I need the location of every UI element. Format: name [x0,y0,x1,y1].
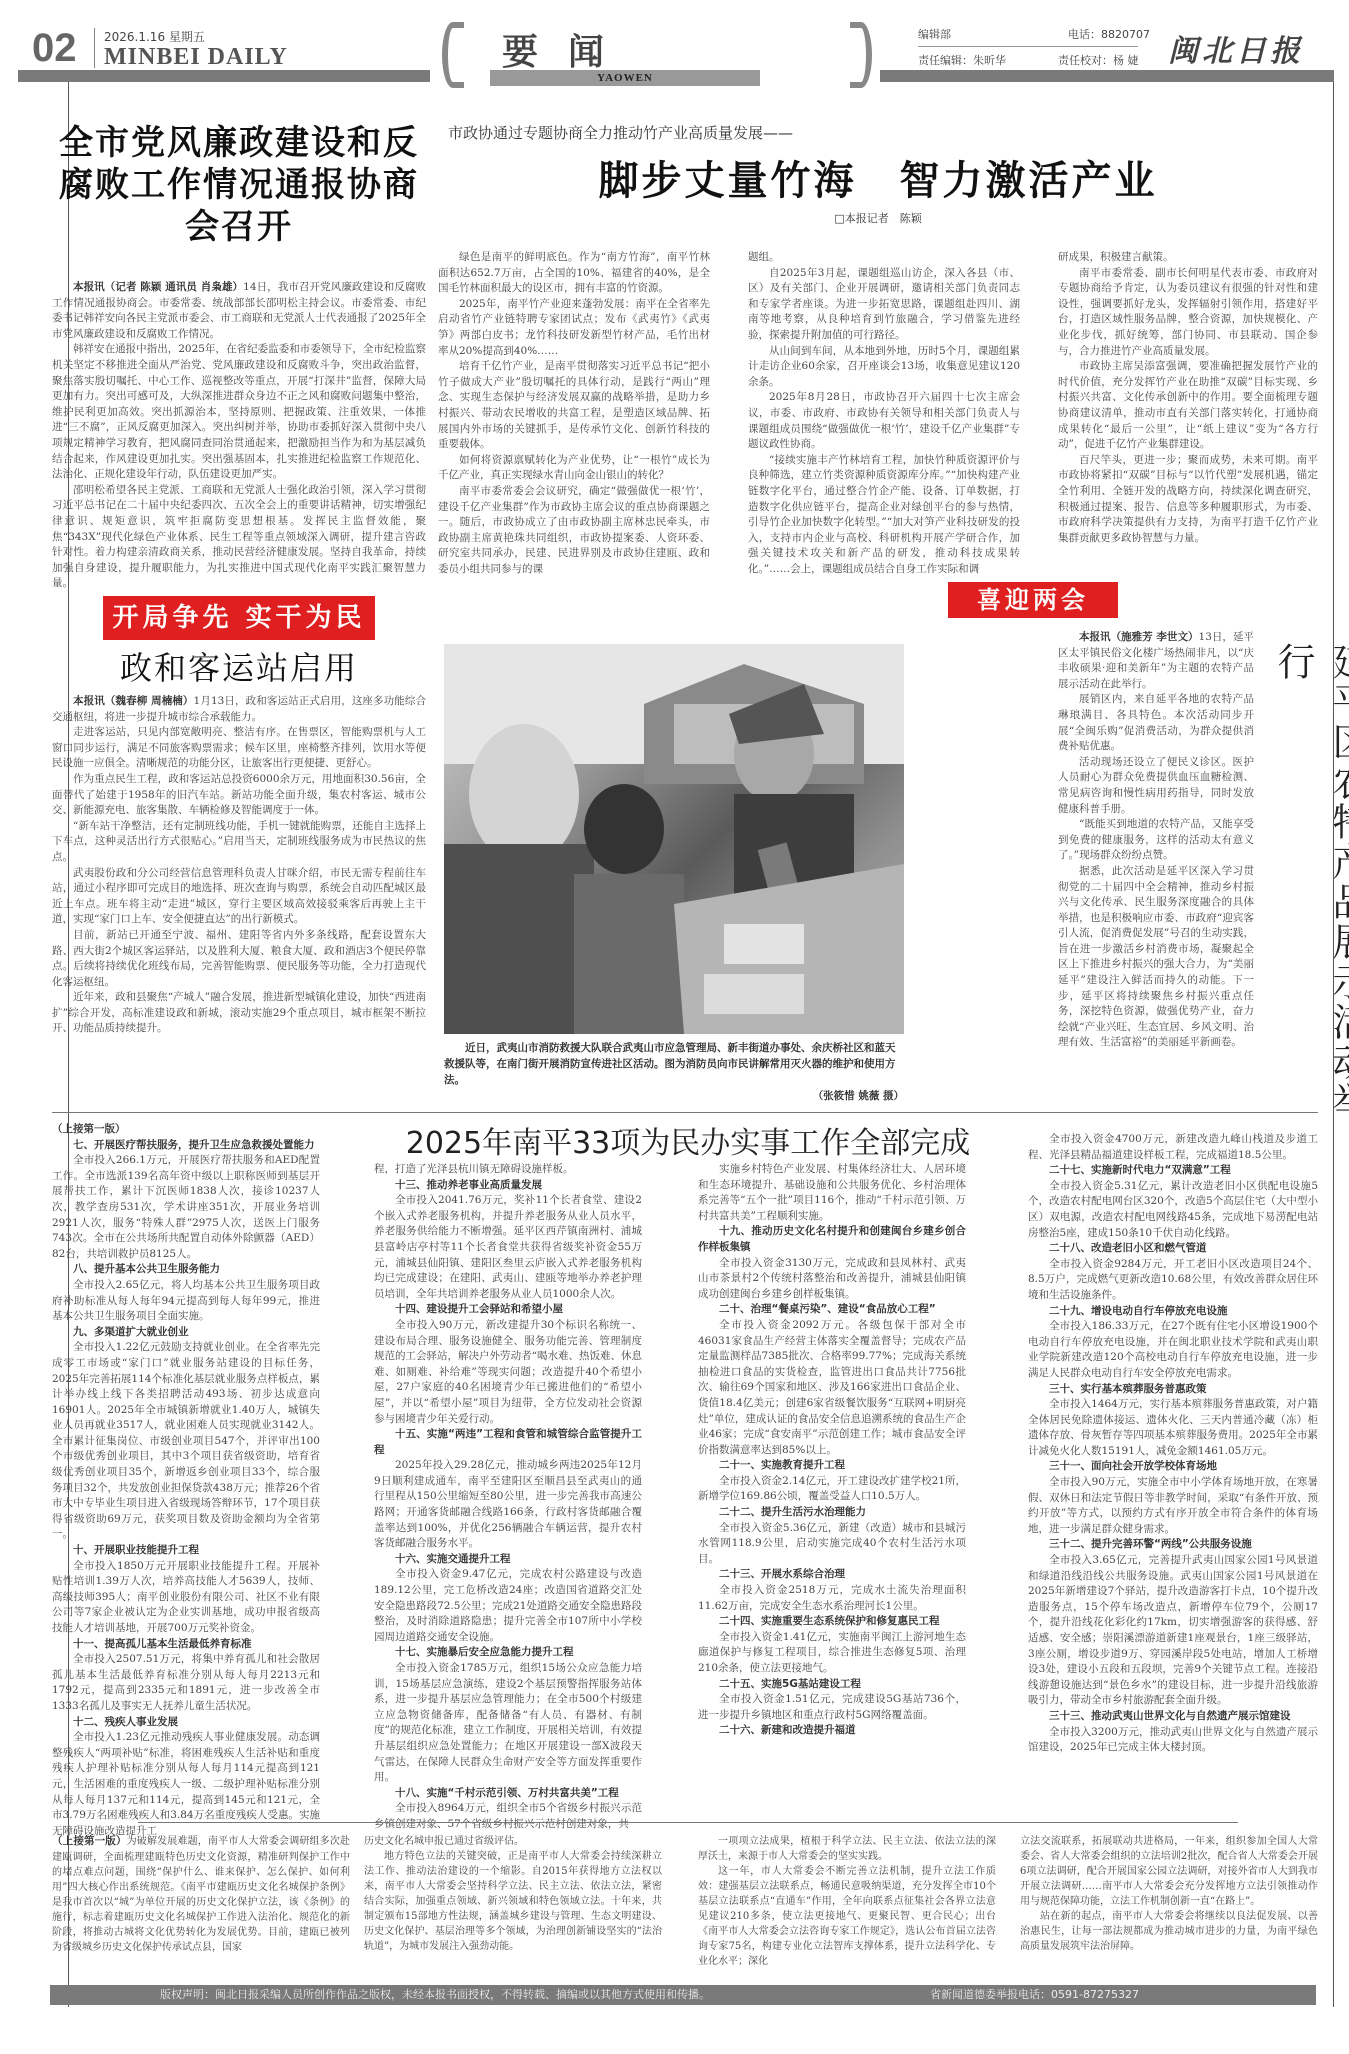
headline-33-projects: 2025年南平33项为民办实事工作全部完成 [318,1118,1058,1162]
section-title-en: YAOWEN [490,70,760,86]
legislation-col-1: （上接第一版）为破解发展难题，南平市人大常委会调研组多次赴建瓯调研，全面梳理建瓯… [52,1834,350,1955]
headline: 全市党风廉政建设和反腐败工作情况通报协商会召开 [52,122,426,248]
photo-credit: （张筱惜 姚薇 摄） [444,1088,904,1104]
bracket-right-icon [850,22,872,88]
masthead: MINBEI DAILY [104,44,288,71]
header-rule [918,46,1138,47]
headline-vertical: 延平区农特产品展示活动举行 [1266,642,1349,1122]
photo-illustration-icon [444,644,904,1034]
article-bus-station: 开局争先 实干为民 政和客运站启用 本报讯（魏春柳 周楠楠）1月13日，政和客运… [52,596,426,1037]
byline: □本报记者 陈颖 [438,210,1318,226]
phone: 电话：8820707 [1068,26,1150,42]
newspaper-logo: 闽北日报 [1168,26,1304,70]
header-divider [94,28,95,68]
byline: 本报讯（施雅芳 李世文） [1079,631,1199,643]
section-title: 要闻 [502,24,634,75]
report-hotline: 省新闻道德委举报电话：0591-87275327 [930,1985,1139,2005]
legislation-col-4: 立法交流联系，拓展联动共进格局，一年来，组织参加全国人大常委会、省人大常委会组织… [1020,1834,1318,1954]
header-bar-left [18,70,430,82]
headline: 政和客运站启用 [52,646,426,690]
divider-line [138,1822,1238,1823]
photo-fire-safety [444,644,904,1034]
editor: 责任编辑：朱昕华 [918,52,1006,68]
article-agri-products: 本报讯（施雅芳 李世文）13日，延平区太平镇民俗文化楼广场热闹非凡，以“庆丰收硕… [1058,630,1254,1051]
headline: 脚步丈量竹海 智力激活产业 [438,149,1318,206]
article-bamboo: 市政协通过专题协商全力推动竹产业高质量发展—— 脚步丈量竹海 智力激活产业 □本… [438,122,1318,226]
editorial-dept: 编辑部 [918,26,951,42]
footer-bar: 版权声明：闽北日报采编人员所创作作品之版权，未经本报书面授权，不得转载、摘编或以… [50,1985,1316,2005]
bamboo-col-2: 题组。 自2025年3月起，课题组巡山访企，深入各县（市、区）及有关部门、企业开… [748,250,1020,577]
divider-line [52,1112,1318,1113]
page-header: 02 2026.1.16 星期五 MINBEI DAILY 要闻 YAOWEN … [18,22,1334,82]
banner-kaiju: 开局争先 实干为民 [103,596,375,640]
photo-caption-block: 近日，武夷山市消防救援大队联合武夷山市应急管理局、新丰街道办事处、余庆桥社区和蓝… [444,1040,904,1104]
byline: 本报讯（记者 陈颖 通讯员 肖枭雄） [73,281,243,293]
banner-liang-hui: 喜迎两会 [948,582,1118,618]
section-label: 要闻 YAOWEN [432,22,882,88]
legislation-col-2: 历史文化名城申报已通过省级评估。 地方特色立法的关键突破，正是南平市人大常委会持… [364,1834,662,1954]
photo-caption: 近日，武夷山市消防救援大队联合武夷山市应急管理局、新丰街道办事处、余庆桥社区和蓝… [444,1040,904,1088]
projects-col-2: 程，打造了光泽县杭川镇无障碍设施样板。 十三、推动养老事业高质量发展全市投入20… [374,1162,642,1833]
newspaper-page: 02 2026.1.16 星期五 MINBEI DAILY 要闻 YAOWEN … [18,22,1334,2032]
bamboo-col-3: 研成果，积极建言献策。 南平市委常委、副市长何明星代表市委、市政府对专题协商给予… [1058,250,1318,546]
legislation-col-3: 一项项立法成果，植根于科学立法、民主立法、依法立法的深厚沃土，来源于市人大常委会… [698,1834,996,1969]
continued-label: （上接第一版） [52,1835,127,1847]
header-bar-right [880,70,1334,82]
bamboo-col-1: 绿色是南平的鲜明底色。作为“南方竹海”，南平竹林面积达652.7万亩，占全国的1… [438,250,710,577]
projects-col-3: 实施乡村特色产业发展、村集体经济壮大、人居环境和生态环境提升、基础设施和公共服务… [698,1162,966,1739]
proofreader: 责任校对：杨 婕 [1058,52,1139,68]
projects-col-1: （上接第一版） 七、开展医疗帮扶服务，提升卫生应急救援处置能力全市投入266.1… [52,1122,320,1839]
bracket-left-icon [442,22,464,88]
issue-date: 2026.1.16 星期五 [104,28,205,45]
article-party-conduct: 全市党风廉政建设和反腐败工作情况通报协商会召开 本报讯（记者 陈颖 通讯员 肖枭… [52,122,426,592]
kicker: 市政协通过专题协商全力推动竹产业高质量发展—— [448,122,1318,143]
projects-col-4: 全市投入资金4700万元，新建改造九峰山栈道及步道工程、光泽县精品福道建设样板工… [1028,1132,1318,1756]
byline: 本报讯（魏春柳 周楠楠） [73,695,194,707]
page-number: 02 [32,26,77,71]
continued-label: （上接第一版） [52,1122,320,1138]
copyright-notice: 版权声明：闽北日报采编人员所创作作品之版权，未经本报书面授权，不得转载、摘编或以… [160,1985,710,2005]
